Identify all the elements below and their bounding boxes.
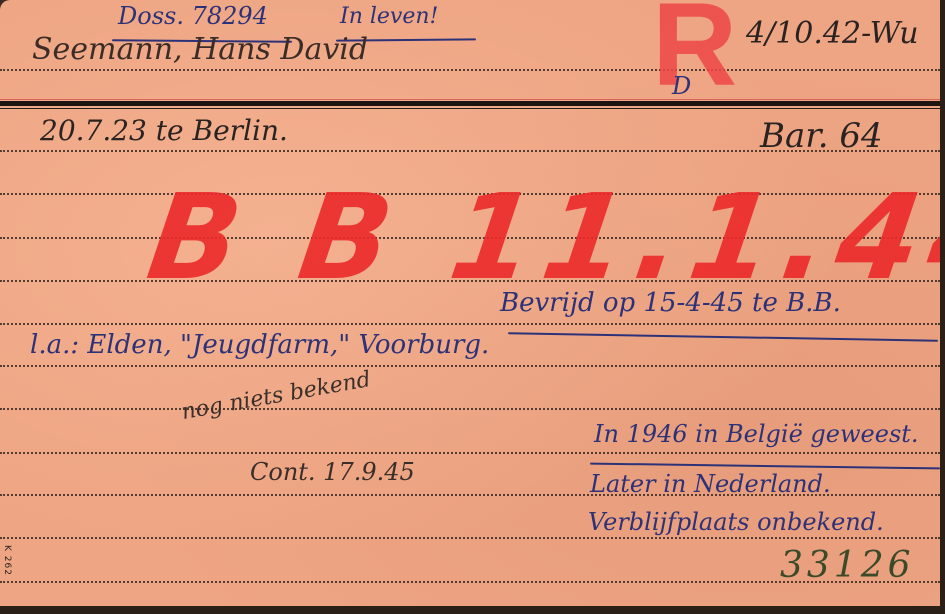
red-annotation: B B 11.1.44: [142, 178, 940, 296]
dotted-rule: [0, 452, 940, 454]
status-note: nog niets bekend: [180, 367, 373, 425]
dotted-rule: [0, 408, 940, 410]
note-1946: In 1946 in België geweest.: [594, 420, 919, 448]
note-residence: Verblijfplaats onbekend.: [588, 508, 884, 536]
dotted-rule: [0, 323, 940, 325]
note-later: Later in Nederland.: [590, 470, 831, 498]
red-r-stamp: R: [652, 0, 737, 104]
contact-date-note: Cont. 17.9.45: [250, 458, 415, 486]
header-rule: [0, 101, 940, 106]
liberation-underline: [508, 332, 938, 342]
header-thin-rule: [0, 108, 940, 109]
dossier-number: Doss. 78294: [118, 2, 268, 30]
locations-note: l.a.: Elden, "Jeugdfarm," Voorburg.: [30, 330, 489, 360]
birth-reference: Bar. 64: [760, 116, 883, 156]
birth-date-place: 20.7.23 te Berlin.: [40, 114, 288, 147]
dotted-rule: [0, 537, 940, 539]
card-edge-shadow: [940, 0, 945, 614]
form-code: K 262: [2, 545, 12, 576]
note-1946-underline: [590, 463, 940, 470]
index-card: R Doss. 78294 In leven! Seemann, Hans Da…: [0, 0, 940, 606]
dotted-rule: [0, 69, 940, 71]
liberation-note: Bevrijd op 15-4-45 te B.B.: [500, 288, 841, 318]
mark-below-stamp: D: [672, 72, 691, 100]
red-hairline: [0, 99, 940, 100]
card-bottom-shadow: [0, 606, 945, 614]
person-name: Seemann, Hans David: [32, 32, 368, 67]
dotted-rule: [0, 365, 940, 367]
file-number: 33126: [780, 545, 915, 586]
instruction-note: In leven!: [340, 4, 438, 29]
date-code: 4/10.42-Wu: [746, 16, 919, 51]
